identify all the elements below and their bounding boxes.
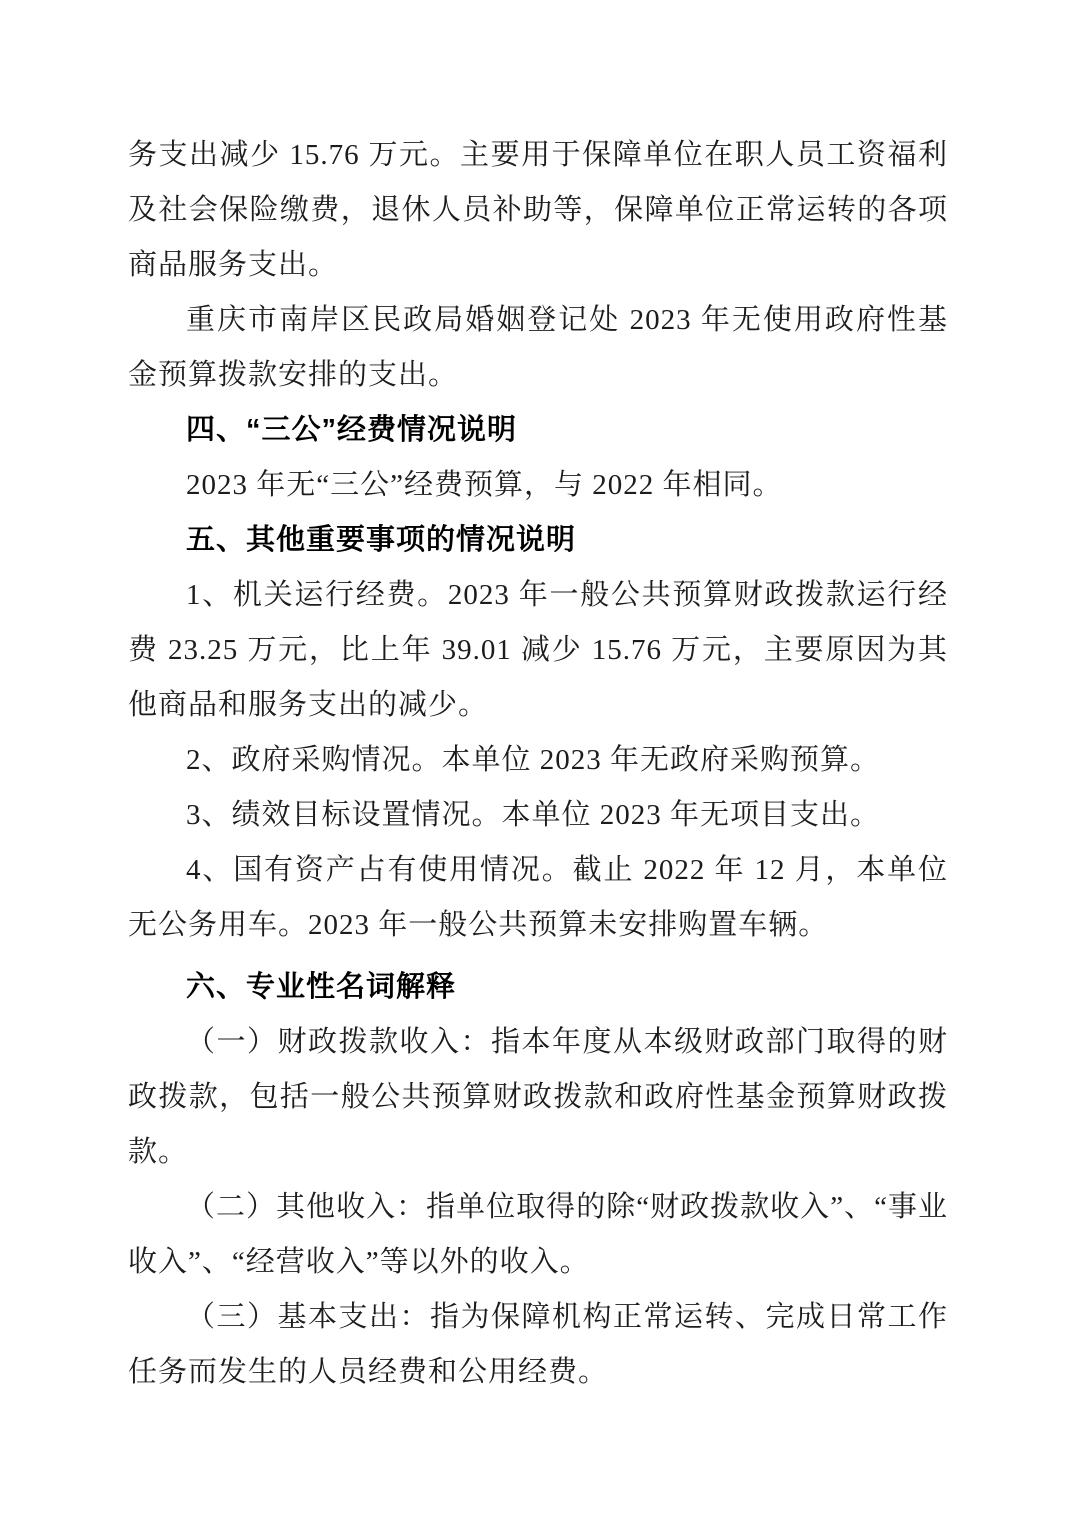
document-body: 务支出减少 15.76 万元。主要用于保障单位在职人员工资福利及社会保险缴费，退… — [128, 128, 948, 1400]
document-page: 务支出减少 15.76 万元。主要用于保障单位在职人员工资福利及社会保险缴费，退… — [0, 0, 1074, 1520]
paragraph-term-2-other-income: （二）其他收入：指单位取得的除“财政拨款收入”、“事业收入”、“经营收入”等以外… — [128, 1180, 948, 1290]
section-heading-four-three-public-funds: 四、“三公”经费情况说明 — [128, 403, 948, 458]
paragraph-item-4-state-owned-assets: 4、国有资产占有使用情况。截止 2022 年 12 月，本单位无公务用车。202… — [128, 843, 948, 953]
paragraph-government-fund-budget: 重庆市南岸区民政局婚姻登记处 2023 年无使用政府性基金预算拨款安排的支出。 — [128, 293, 948, 403]
paragraph-basic-expenditure-continuation: 务支出减少 15.76 万元。主要用于保障单位在职人员工资福利及社会保险缴费，退… — [128, 128, 948, 293]
paragraph-term-1-fiscal-appropriation-income: （一）财政拨款收入：指本年度从本级财政部门取得的财政拨款，包括一般公共预算财政拨… — [128, 1015, 948, 1180]
paragraph-item-3-performance-targets: 3、绩效目标设置情况。本单位 2023 年无项目支出。 — [128, 788, 948, 843]
paragraph-item-1-agency-operating-funds: 1、机关运行经费。2023 年一般公共预算财政拨款运行经费 23.25 万元，比… — [128, 568, 948, 733]
section-heading-five-other-important-matters: 五、其他重要事项的情况说明 — [128, 513, 948, 568]
paragraph-term-3-basic-expenditure: （三）基本支出：指为保障机构正常运转、完成日常工作任务而发生的人员经费和公用经费… — [128, 1290, 948, 1400]
section-heading-six-terminology: 六、专业性名词解释 — [128, 960, 948, 1015]
paragraph-three-public-funds-budget: 2023 年无“三公”经费预算，与 2022 年相同。 — [128, 458, 948, 513]
paragraph-item-2-government-procurement: 2、政府采购情况。本单位 2023 年无政府采购预算。 — [128, 733, 948, 788]
